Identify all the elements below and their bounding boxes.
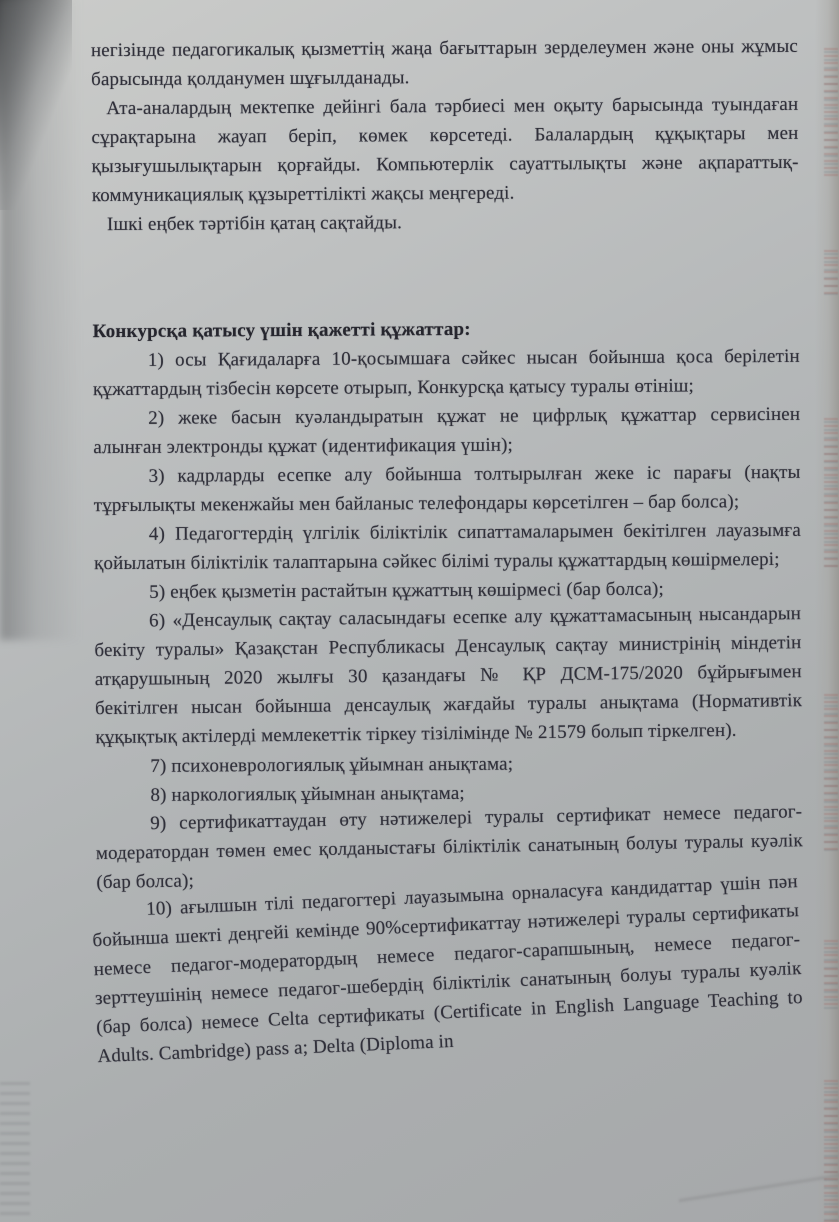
list-item-4: 4) Педагогтердің үлгілік біліктілік сипа… <box>94 516 801 578</box>
edge-print-marks <box>824 48 838 178</box>
page-left-shadow <box>0 0 80 640</box>
edge-print-marks <box>824 250 838 296</box>
paper-crease <box>679 1168 839 1208</box>
edge-print-marks <box>824 418 838 568</box>
list-item-3: 3) кадрларды есепке алу бойынша толтырыл… <box>93 458 800 520</box>
list-item-10: 10) ағылшын тілі педагогтері лауазымына … <box>91 867 805 1071</box>
list-item-1: 1) осы Қағидаларға 10-қосымшаға сәйкес н… <box>93 342 800 404</box>
list-item-6: 6) «Денсаулық сақтау саласындағы есепке … <box>94 599 803 752</box>
section-heading: Конкурсқа қатысу үшін қажетті құжаттар: <box>93 313 800 346</box>
document-page: негізінде педагогикалық қызметтің жаңа б… <box>91 32 804 1071</box>
edge-print-marks <box>824 940 838 1010</box>
list-item-7: 7) психоневрологиялық ұйымнан анықтама; <box>95 748 802 781</box>
intro-paragraph-discipline: Ішкі еңбек тәртібін қатаң сақтайды. <box>92 206 799 239</box>
page-edge-strip <box>815 0 839 1222</box>
intro-paragraph-parents: Ата-аналардың мектепке дейінгі бала тәрб… <box>91 90 799 210</box>
left-bleed-marks <box>0 1082 30 1222</box>
list-item-2: 2) жеке басын куәландыратын құжат не циф… <box>93 400 800 462</box>
edge-print-marks <box>824 694 838 854</box>
intro-paragraph-continuation: негізінде педагогикалық қызметтің жаңа б… <box>91 32 798 94</box>
document-photo: негізінде педагогикалық қызметтің жаңа б… <box>0 0 839 1222</box>
